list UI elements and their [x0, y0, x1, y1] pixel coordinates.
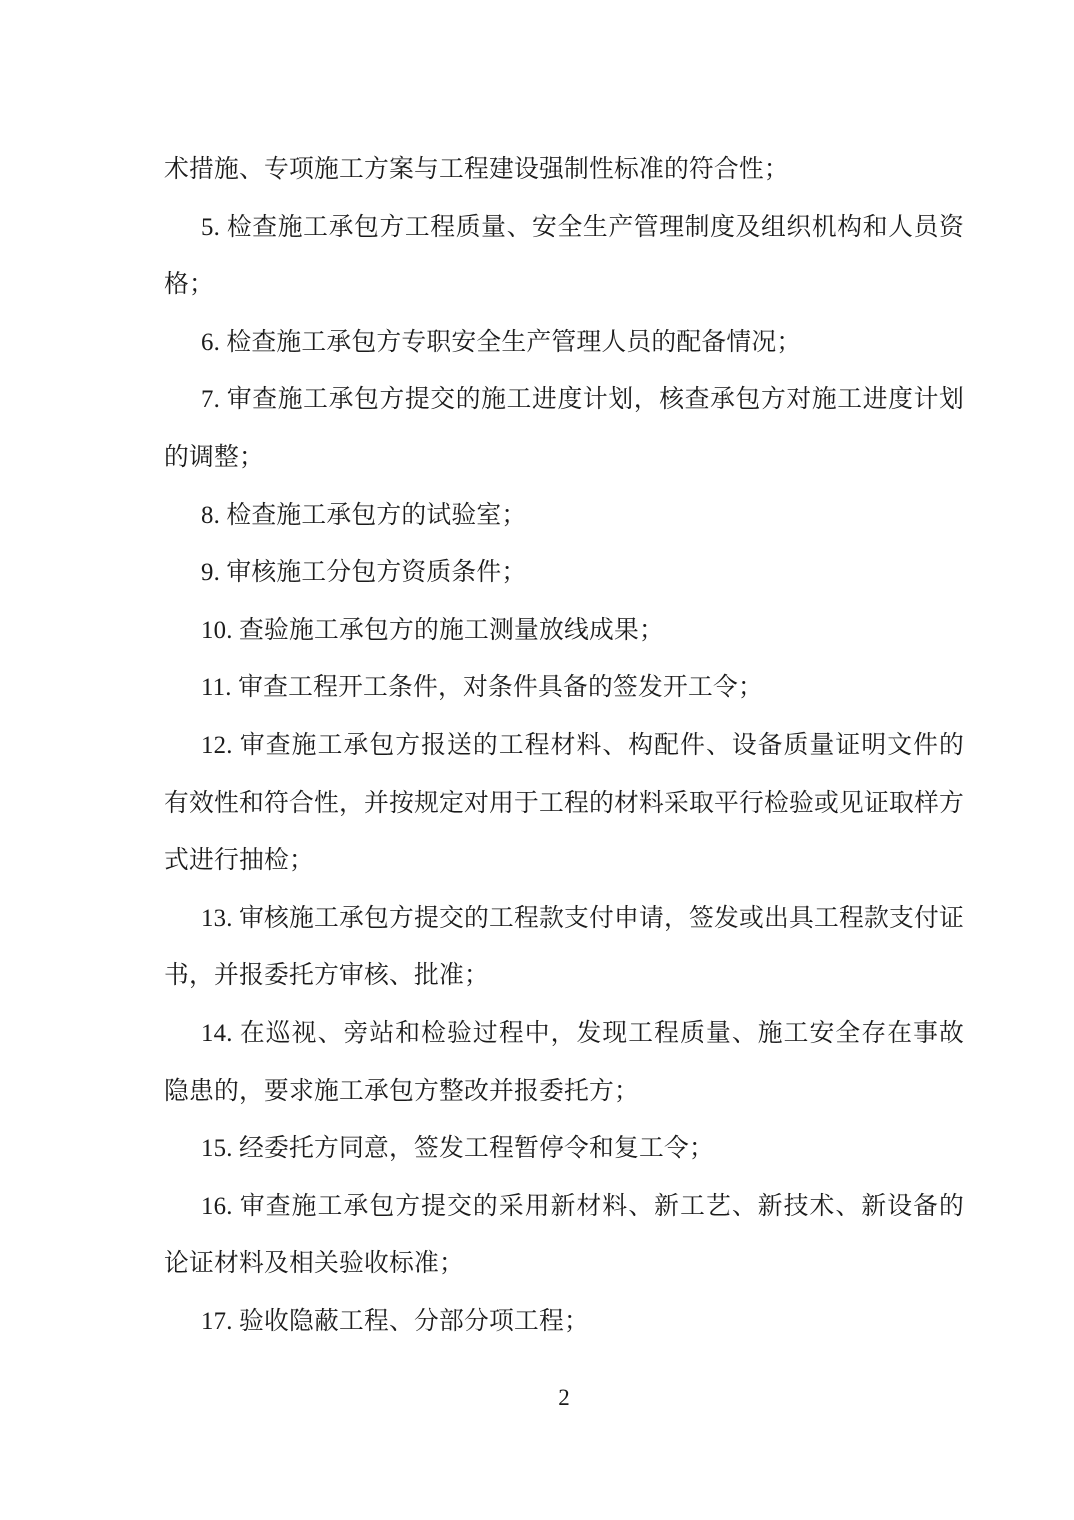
list-item-line: 9. 审核施工分包方资质条件； — [164, 544, 964, 602]
text-line: 格； — [164, 256, 964, 314]
text-line: 的调整； — [164, 429, 964, 487]
list-item-line: 13. 审核施工承包方提交的工程款支付申请，签发或出具工程款支付证 — [164, 890, 964, 948]
document-body: 术措施、专项施工方案与工程建设强制性标准的符合性；5. 检查施工承包方工程质量、… — [164, 141, 964, 1350]
text-line: 有效性和符合性，并按规定对用于工程的材料采取平行检验或见证取样方 — [164, 775, 964, 833]
list-item-line: 14. 在巡视、旁站和检验过程中，发现工程质量、施工安全存在事故 — [164, 1005, 964, 1063]
text-line: 隐患的，要求施工承包方整改并报委托方； — [164, 1063, 964, 1121]
text-line: 术措施、专项施工方案与工程建设强制性标准的符合性； — [164, 141, 964, 199]
list-item-line: 8. 检查施工承包方的试验室； — [164, 487, 964, 545]
text-line: 书，并报委托方审核、批准； — [164, 947, 964, 1005]
page-number: 2 — [164, 1383, 964, 1413]
text-line: 式进行抽检； — [164, 832, 964, 890]
list-item-line: 12. 审查施工承包方报送的工程材料、构配件、设备质量证明文件的 — [164, 717, 964, 775]
list-item-line: 5. 检查施工承包方工程质量、安全生产管理制度及组织机构和人员资 — [164, 199, 964, 257]
list-item-line: 10. 查验施工承包方的施工测量放线成果； — [164, 602, 964, 660]
list-item-line: 17. 验收隐蔽工程、分部分项工程； — [164, 1293, 964, 1351]
list-item-line: 16. 审查施工承包方提交的采用新材料、新工艺、新技术、新设备的 — [164, 1178, 964, 1236]
document-page: 术措施、专项施工方案与工程建设强制性标准的符合性；5. 检查施工承包方工程质量、… — [0, 0, 1074, 1520]
list-item-line: 11. 审查工程开工条件，对条件具备的签发开工令； — [164, 659, 964, 717]
text-line: 论证材料及相关验收标准； — [164, 1235, 964, 1293]
list-item-line: 6. 检查施工承包方专职安全生产管理人员的配备情况； — [164, 314, 964, 372]
list-item-line: 15. 经委托方同意，签发工程暂停令和复工令； — [164, 1120, 964, 1178]
list-item-line: 7. 审查施工承包方提交的施工进度计划，核查承包方对施工进度计划 — [164, 371, 964, 429]
